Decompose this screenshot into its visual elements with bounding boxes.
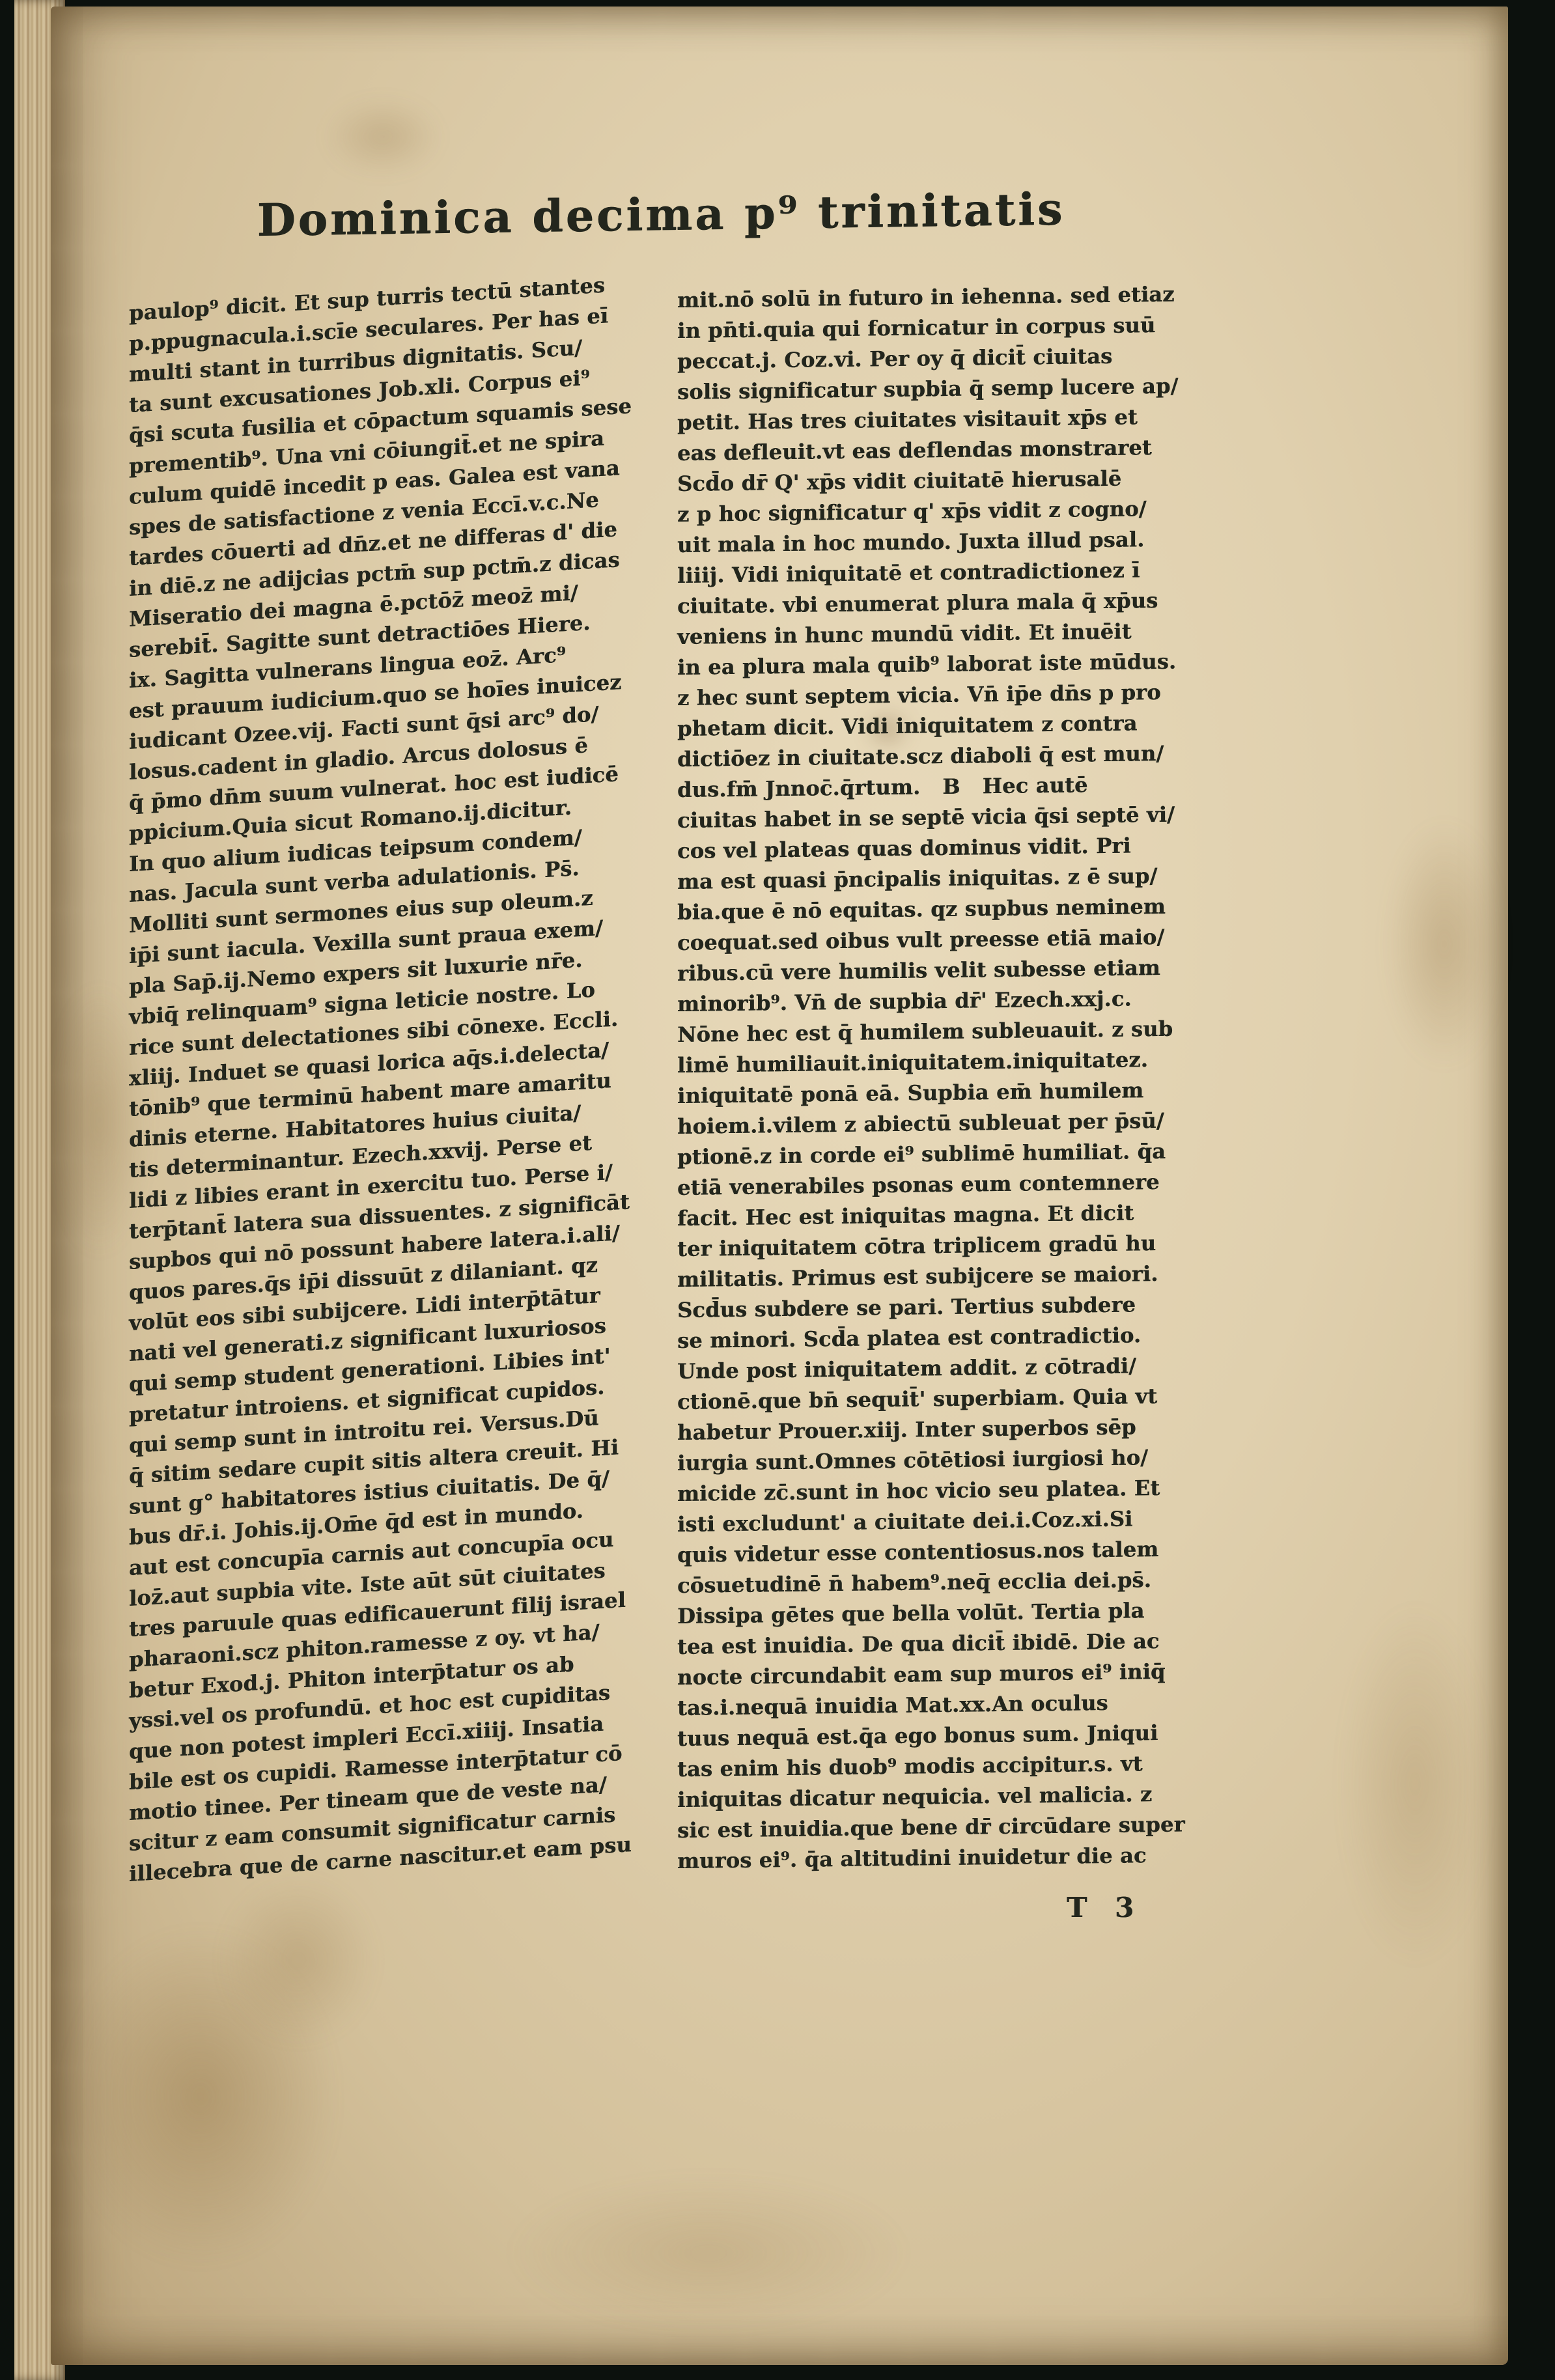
text-line: dictiōez in ciuitate.scz diaboli q̄ est …: [677, 738, 1198, 775]
stain: [64, 1927, 337, 2266]
right-column: mit.nō solū in futuro in iehenna. sed et…: [677, 279, 1198, 1877]
text-line: nocte circundabit eam sup muros ei⁹ iniq…: [677, 1656, 1198, 1693]
stain: [220, 1875, 376, 2045]
stain: [507, 2175, 910, 2331]
left-column: paulop⁹ dicit. Et sup turris tectū stant…: [129, 267, 650, 1890]
stain: [324, 98, 441, 176]
quire-signature: T 3: [1067, 1892, 1143, 1924]
text-line: in pn̄ti.quia qui fornicatur in corpus s…: [677, 309, 1198, 346]
stain: [1386, 820, 1503, 1068]
stain: [1340, 1602, 1490, 1967]
text-line: muros ei⁹. q̄a altitudini inuidetur die …: [677, 1840, 1198, 1877]
